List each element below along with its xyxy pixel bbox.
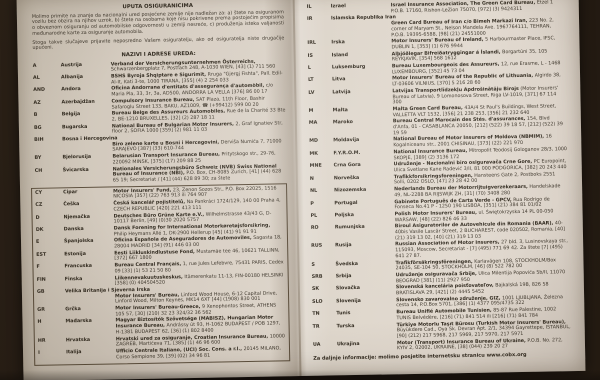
bureau-address: Nationales Versicherungsbüro Schweiz (NV… [113, 164, 287, 184]
bureau-entry: CH Švicarska Nationales Versicherungsbür… [35, 164, 287, 186]
country-name: Španjolska [64, 239, 112, 251]
country-name: Slovenija [336, 298, 394, 310]
country-code: DK [36, 227, 62, 239]
country-name: Nizozemska [334, 187, 392, 199]
bureau-address: Green Card Bureau of Iran c/o Bimeh Mark… [391, 18, 565, 38]
country-name: Crna Gora [334, 163, 392, 175]
country-name: Švicarska [63, 167, 111, 185]
bureau-address: Ufficio Centrale Italiano, (UCI) Soc. Co… [116, 346, 286, 361]
fold-crease [292, 0, 301, 376]
country-code: IS [308, 53, 330, 65]
country-name: Litva [332, 77, 390, 89]
country-code: LT [308, 78, 330, 90]
country-code: SK [312, 287, 334, 299]
country-name: Poljska [335, 212, 393, 224]
country-code: B [34, 113, 60, 125]
country-code: SRB [312, 274, 334, 286]
country-code: MA [309, 121, 331, 139]
country-code: RO [311, 226, 333, 244]
bureau-address: Türkiye Motorlu Taşıt Bürosu (Turkish Mo… [397, 320, 571, 340]
country-code: PL [311, 213, 333, 225]
country-name: Finska [65, 276, 113, 288]
country-name: Bugarska [62, 124, 110, 136]
intro-paragraph: Molimo primite na znanje da nacionalni u… [32, 10, 284, 37]
bureau-list-left-boxed: CY Cipar Motor Insurers' Fund, 23, Zenon… [31, 183, 290, 366]
country-name: Tunis [336, 310, 394, 322]
country-code: M [309, 108, 331, 120]
country-name: Rusija [335, 243, 393, 261]
country-code: BG [34, 125, 60, 137]
country-name: Mađarska [65, 319, 113, 337]
country-code: HR [38, 338, 64, 350]
country-code: D [36, 215, 62, 227]
country-code: MNE [310, 164, 332, 176]
footer-info-note: Za daljnje informacije: molimo posjetite… [313, 352, 571, 362]
country-code: CZ [35, 202, 61, 214]
left-page: UPUTA OSIGURANICIMA Molimo primite na zn… [32, 2, 291, 366]
country-code: P [310, 201, 332, 213]
country-code: H [37, 320, 63, 338]
country-name: Latvija [332, 89, 390, 107]
right-page: IL Izrael Israel Insurance Association, … [307, 0, 572, 362]
bureau-address: Russian Association of Motor Insurers, 2… [395, 240, 569, 260]
country-code: E [36, 240, 62, 252]
country-code: F [36, 265, 62, 277]
country-code: BIH [34, 137, 60, 143]
country-name: Njemačka [64, 214, 112, 226]
country-name: Slovačka [336, 286, 394, 298]
country-code: NL [310, 189, 332, 201]
country-name: Belgija [62, 112, 110, 124]
country-name: Rumunjska [335, 225, 393, 243]
country-name: Malta [333, 107, 391, 119]
country-code: A [33, 63, 59, 75]
country-code: AZ [33, 100, 59, 112]
country-name: F.Y.R.O.M. [333, 150, 391, 162]
country-name: Grčka [65, 307, 113, 319]
insurance-leaflet: UPUTA OSIGURANICIMA Molimo primite na zn… [17, 0, 586, 380]
country-name: Austrija [61, 62, 109, 74]
country-code: TR [313, 324, 335, 342]
country-name: Turska [337, 323, 395, 341]
country-name: Maroko [333, 120, 391, 138]
country-name: Danska [64, 226, 112, 238]
country-code: S [311, 262, 333, 274]
country-name: Češka [63, 202, 111, 214]
country-name: Irska [331, 40, 389, 52]
country-name: Island [332, 52, 390, 64]
country-name: Portugal [334, 200, 392, 212]
note-paragraph: Stoga takve slučajeve prijavite neposred… [32, 36, 284, 52]
country-code: N [310, 176, 332, 188]
country-name: Estonija [64, 251, 112, 263]
bureau-address: Magyar Biztosítók Szövetsége (MABISZ), H… [115, 316, 285, 336]
country-name: Norveška [334, 175, 392, 187]
bureau-address-rest: Büyükdere Cad., Oya Sk. Devran Apt. 2/1,… [397, 325, 571, 339]
bureau-address: Motor (Transport) Insurance Bureau of Uk… [397, 338, 571, 353]
bureau-name: Bureau Central Français, [114, 262, 181, 268]
country-code: RUS [311, 244, 333, 262]
country-code: TN [312, 312, 334, 324]
bureau-name: Eesti Liikluskindlustuse Fond, [114, 250, 195, 256]
bureau-list-left: A Austrija Verband der Versicherungsunte… [33, 59, 287, 186]
country-code: IL [307, 4, 329, 16]
country-name: Ukrajina [337, 341, 395, 353]
country-name: Švedska [335, 261, 393, 273]
bureau-address: Latvijas Transportlīdzekļu Apdrošinātāju… [392, 86, 566, 106]
country-code: LV [308, 90, 330, 108]
country-code: CH [35, 168, 61, 186]
country-name: Moldavija [333, 138, 391, 150]
country-name: Francuska [64, 264, 112, 276]
country-code: CY [35, 190, 61, 202]
country-code: I [38, 350, 64, 362]
country-code: UA [313, 342, 335, 354]
country-code: AND [33, 88, 59, 100]
country-code: MK [309, 151, 331, 163]
bureau-list-right: IL Izrael Israel Insurance Association, … [307, 0, 571, 354]
country-name: Bjelorusija [62, 155, 110, 167]
country-name: Azerbajdžan [61, 99, 109, 111]
country-name: Izrael [331, 3, 389, 15]
country-name: Italija [66, 349, 114, 361]
country-name: Cipar [63, 189, 111, 201]
country-code: EST [36, 252, 62, 264]
country-name: Andora [61, 87, 109, 99]
country-name: Albanija [61, 75, 109, 87]
country-name: Luksemburg [332, 64, 390, 76]
country-code: SLO [312, 299, 334, 311]
country-code: AL [33, 75, 59, 87]
country-code: MD [309, 139, 331, 151]
country-code: GR [37, 307, 63, 319]
country-code: BY [34, 156, 60, 168]
country-name: Hrvatska [66, 337, 114, 349]
country-code: GB [37, 289, 63, 295]
country-code: FIN [37, 277, 63, 289]
country-code: L [308, 65, 330, 77]
country-name: Srbija [336, 273, 394, 285]
country-code: IR [307, 17, 329, 23]
country-code: IRL [307, 41, 329, 53]
